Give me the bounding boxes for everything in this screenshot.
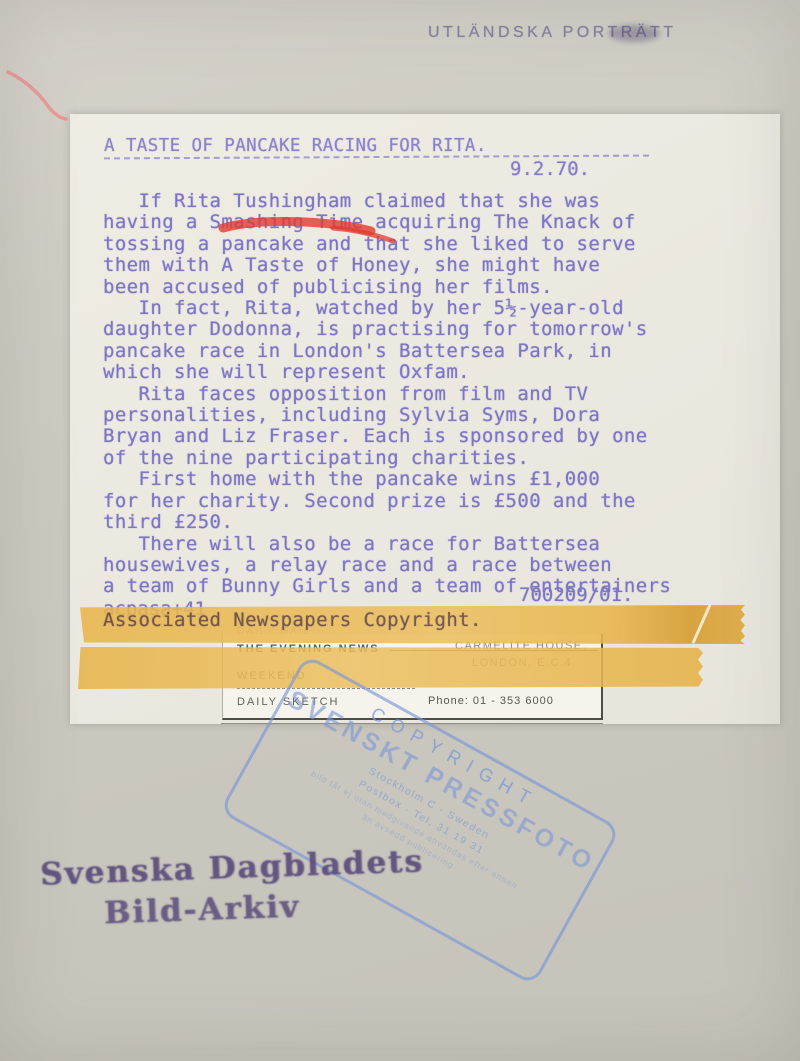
typed-line: which she will represent Oxfam. [103,362,671,383]
typed-line: them with A Taste of Honey, she might ha… [103,255,671,276]
photo-reference-number: 700209/01. [519,584,633,606]
typed-line: third £250. [103,512,671,533]
red-pen-mark-corner [4,62,84,132]
copyright-typed-line: Associated Newspapers Copyright. [103,609,482,631]
typed-line: If Rita Tushingham claimed that she was [103,191,671,212]
date: 9.2.70. [510,158,590,180]
adhesive-tape-lower [78,647,703,689]
typed-line: for her charity. Second prize is £500 an… [103,491,671,512]
headline: A TASTE OF PANCAKE RACING FOR RITA. [104,136,487,156]
typed-body: If Rita Tushingham claimed that she wash… [103,191,671,598]
typed-line: Rita faces opposition from film and TV [103,384,671,405]
ink-smudge [608,25,660,42]
red-marker-underline [213,213,403,251]
archive-owner-stamp-line2: Bild-Arkiv [103,889,300,932]
letterhead-phone: Phone: 01 - 353 6000 [428,695,554,707]
typed-line: In fact, Rita, watched by her 5½-year-ol… [103,298,671,319]
typed-line: housewives, a relay race and a race betw… [103,555,671,576]
typed-line: daughter Dodonna, is practising for tomo… [103,319,671,340]
typed-line: There will also be a race for Battersea [103,534,671,555]
typed-line: Bryan and Liz Fraser. Each is sponsored … [103,426,671,447]
typed-line: of the nine participating charities. [103,448,671,469]
typed-line: been accused of publicising her films. [103,277,671,298]
typed-line: pancake race in London's Battersea Park,… [103,341,671,362]
typed-line: First home with the pancake wins £1,000 [103,469,671,490]
typed-line: personalities, including Sylvia Syms, Do… [103,405,671,426]
